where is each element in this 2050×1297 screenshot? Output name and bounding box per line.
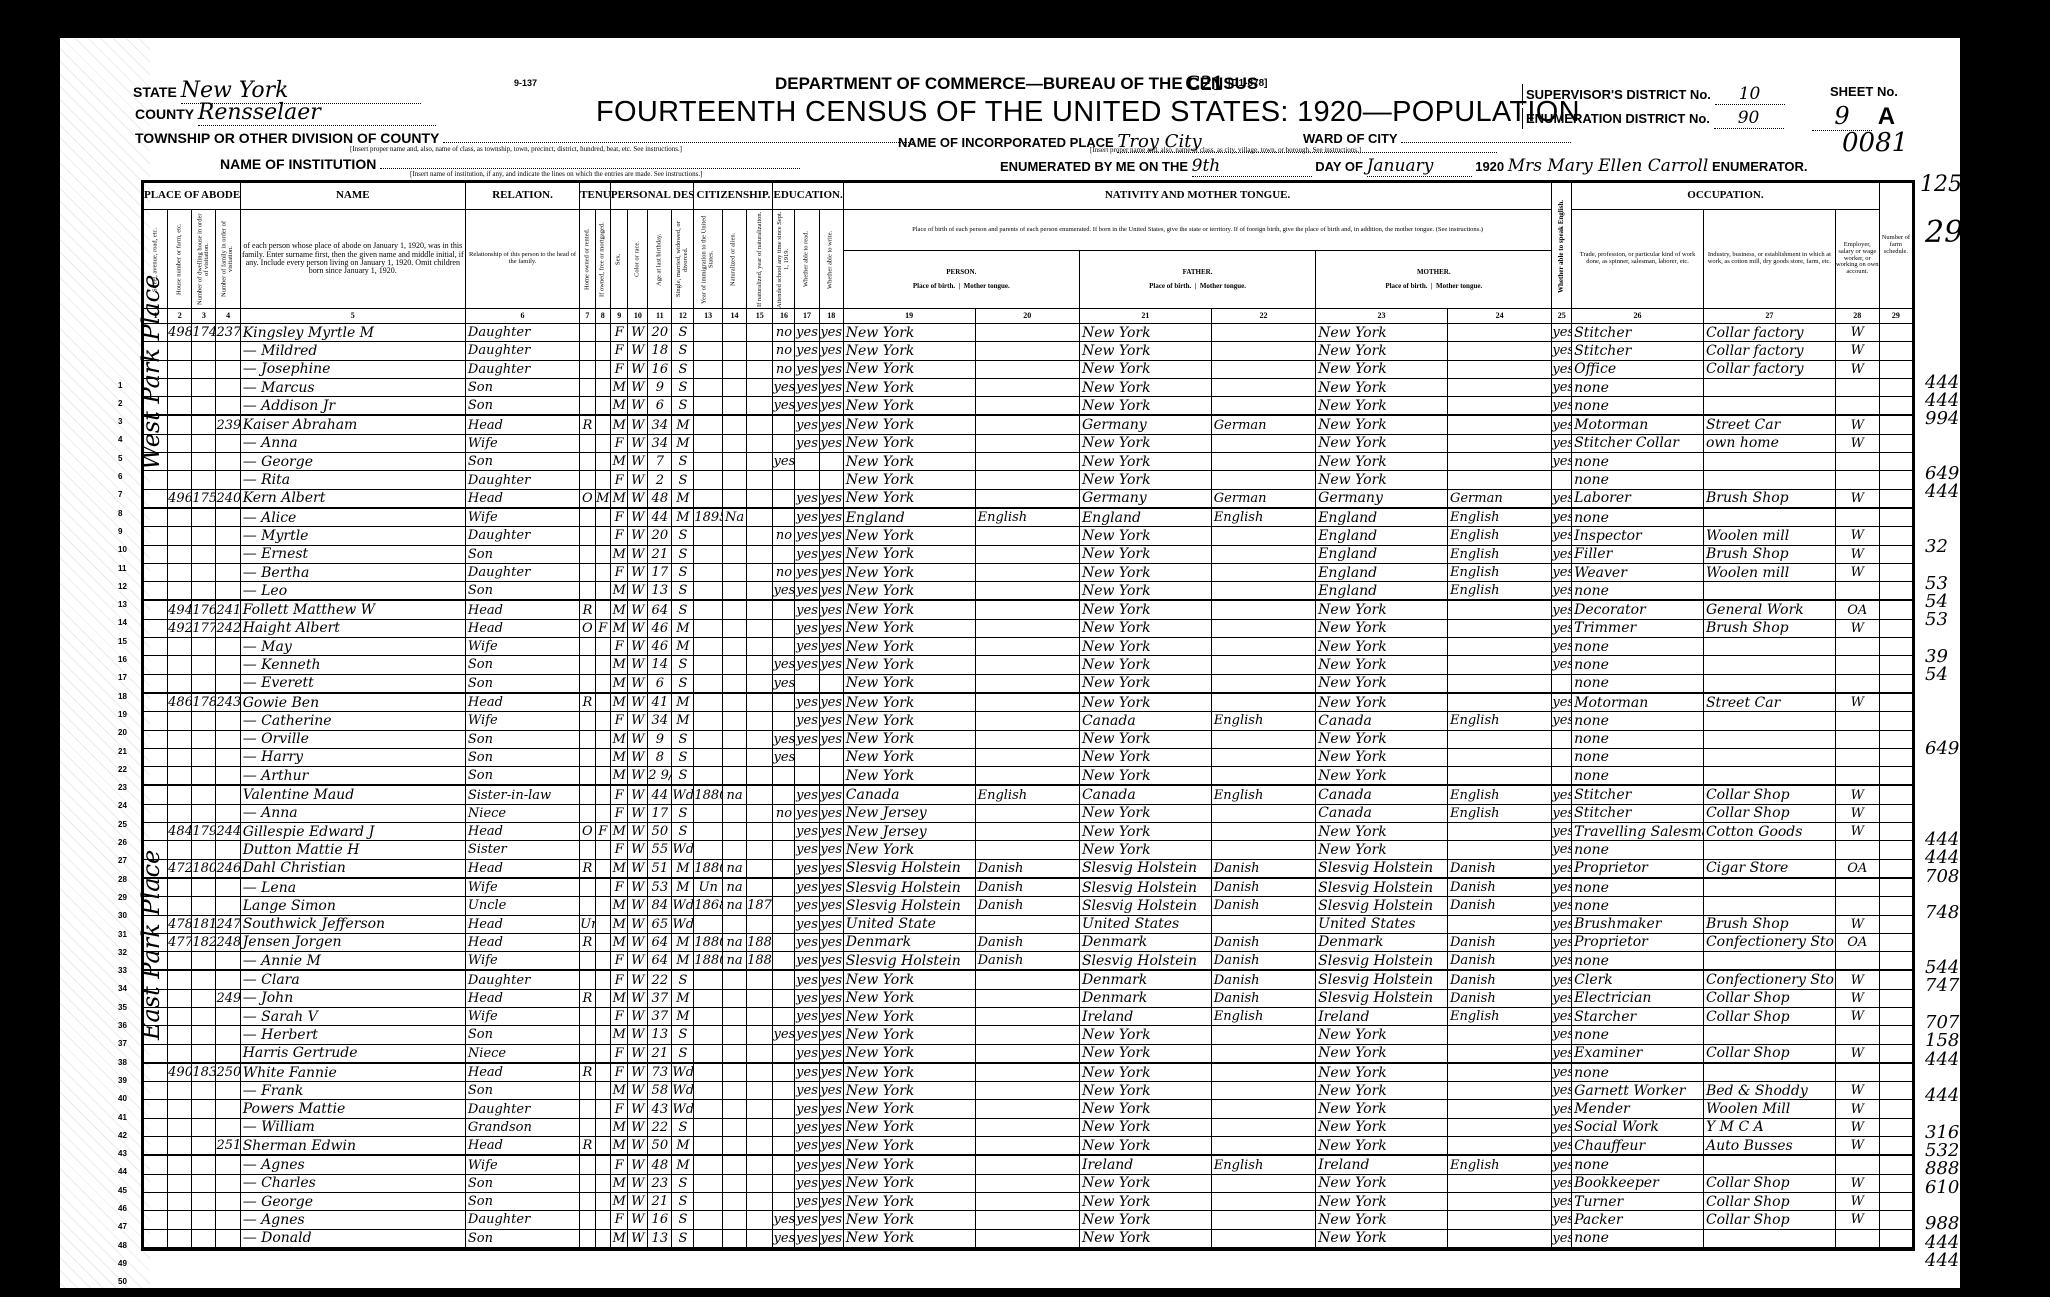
cell-write: yes [819,730,843,748]
cell-age: 13 [648,1229,672,1248]
cell-imm [694,1155,723,1174]
cell-eng: yes [1552,582,1572,601]
cell-imm [694,1192,723,1210]
cell-school: no [773,324,795,342]
cell-family: 242 [216,619,240,637]
cell-nat [722,841,746,859]
cell-read: yes [795,878,819,897]
occupation-code: 444 [1925,1049,1959,1070]
cell-sex: M [610,859,628,878]
cell-read: yes [795,1026,819,1044]
cell-natyr [747,1118,773,1136]
cell-mpob: England [1316,545,1448,563]
cell-relation: Head [465,915,579,933]
cell-imm [694,600,723,619]
cell-school [773,600,795,619]
cell-mort [595,434,610,452]
cell-fmt: Danish [1211,952,1315,971]
cell-mpob: New York [1316,1174,1448,1192]
cell-pob: New York [843,1007,975,1025]
cell-fmt [1211,767,1315,786]
cell-marital: M [672,933,694,951]
cell-class: W [1835,1174,1879,1192]
cell-mmt [1447,1100,1551,1118]
cell-family [216,378,240,396]
cell-age: 65 [648,915,672,933]
line-number: 14 [118,618,127,627]
cell-class: OA [1835,933,1879,951]
cell-marital: M [672,693,694,712]
cell-nat [722,1137,746,1156]
line-number: 25 [118,820,127,829]
line-number: 28 [118,875,127,884]
cell-sex: M [610,1192,628,1210]
cell-sex: M [610,823,628,841]
enumeration-label: ENUMERATION DISTRICT No. [1526,111,1710,126]
cell-marital: M [672,859,694,878]
cell-sex: F [610,563,628,581]
cell-eng: yes [1552,619,1572,637]
cell-mpob: New York [1316,1082,1448,1100]
cell-relation: Head [465,989,579,1007]
cell-street [144,674,168,693]
cell-nat [722,1192,746,1210]
cell-mmt [1447,1192,1551,1210]
cell-race: W [628,1118,648,1136]
column-number: 10 [628,309,648,324]
cell-mort [595,1100,610,1118]
cell-dwelling [192,397,216,416]
cell-sex: F [610,527,628,545]
sheet-stamp: C21 [1185,70,1223,96]
cell-fpob: Slesvig Holstein [1079,859,1211,878]
cell-street [144,804,168,822]
table-row: — OrvilleSonMW9SyesyesyesNew YorkNew Yor… [144,730,1913,748]
occupation-code: 708 [1925,866,1959,887]
cell-pob: New York [843,1192,975,1210]
cell-school [773,859,795,878]
cell-own [580,1211,595,1229]
cell-pob: New York [843,434,975,452]
cell-mmt [1447,342,1551,360]
cell-mmt [1447,730,1551,748]
line-number: 39 [118,1076,127,1085]
cell-write [819,767,843,786]
cell-industry [1703,656,1835,674]
township-note: [Insert proper name and, also, name of c… [350,145,682,153]
cell-mort [595,378,610,396]
form-number: 9-137 [514,78,537,88]
cell-name: — Agnes [240,1155,465,1174]
cell-mpob: New York [1316,823,1448,841]
cell-name: — Arthur [240,767,465,786]
cell-farm [1879,712,1912,730]
cell-name: Sherman Edwin [240,1137,465,1156]
cell-house [168,1174,192,1192]
cell-family [216,1044,240,1063]
cell-dwelling: 182 [192,933,216,951]
cell-mmt [1447,600,1551,619]
line-number: 19 [118,710,127,719]
cell-trade: Social Work [1572,1118,1704,1136]
cell-relation: Head [465,600,579,619]
cell-family: 240 [216,489,240,508]
cell-fmt [1211,619,1315,637]
cell-write: yes [819,1063,843,1082]
cell-write: yes [819,859,843,878]
cell-mpob: Canada [1316,785,1448,804]
cell-imm [694,1063,723,1082]
cell-race: W [628,600,648,619]
cell-write: yes [819,415,843,434]
col-naturalized: Naturalized or alien. [722,210,746,309]
cell-street [144,1174,168,1192]
table-row: — AnnaWifeFW34MyesyesNew YorkNew YorkNew… [144,434,1913,452]
cell-age: 8 [648,748,672,766]
cell-write: yes [819,619,843,637]
col-attended-school: Attended school any time since Sept. 1, … [773,210,795,309]
cell-dwelling [192,527,216,545]
cell-school [773,638,795,656]
cell-own [580,582,595,601]
cell-mpob: New York [1316,1026,1448,1044]
sheet-no: 9 [1812,102,1872,131]
cell-farm [1879,489,1912,508]
cell-mpob: Denmark [1316,933,1448,951]
cell-mt [975,1026,1079,1044]
cell-farm [1879,324,1912,342]
cell-pob: New York [843,1044,975,1063]
cell-house [168,1137,192,1156]
cell-street [144,545,168,563]
cell-natyr [747,859,773,878]
cell-own [580,508,595,527]
cell-natyr [747,582,773,601]
cell-sex: F [610,1007,628,1025]
cell-mort [595,600,610,619]
cell-imm [694,1026,723,1044]
col-name-desc: of each person whose place of abode on J… [240,210,465,309]
cell-school [773,989,795,1007]
cell-industry: Auto Busses [1703,1137,1835,1156]
cell-race: W [628,952,648,971]
cell-race: W [628,1044,648,1063]
cell-nat [722,619,746,637]
cell-farm [1879,933,1912,951]
cell-write: yes [819,823,843,841]
cell-imm [694,527,723,545]
cell-relation: Daughter [465,970,579,989]
cell-mt [975,397,1079,416]
cell-nat [722,656,746,674]
cell-relation: Son [465,674,579,693]
cell-street [144,638,168,656]
cell-industry [1703,471,1835,489]
cell-fpob: Denmark [1079,933,1211,951]
cell-marital: S [672,397,694,416]
cell-natyr [747,397,773,416]
cell-pob: New York [843,712,975,730]
cell-street [144,1063,168,1082]
cell-family [216,1155,240,1174]
cell-nat [722,693,746,712]
cell-natyr [747,1026,773,1044]
cell-trade: Stitcher Collar [1572,434,1704,452]
cell-mort [595,748,610,766]
cell-write: yes [819,1211,843,1229]
cell-street [144,1007,168,1025]
cell-family: 243 [216,693,240,712]
cell-read [795,453,819,471]
column-number: 7 [580,309,595,324]
cell-class [1835,471,1879,489]
cell-street [144,656,168,674]
cell-mmt [1447,360,1551,378]
cell-write [819,453,843,471]
cell-mt [975,360,1079,378]
margin-note-0081: 0081 [1842,128,1908,158]
cell-fpob: Ireland [1079,1155,1211,1174]
cell-dwelling [192,471,216,489]
cell-trade: Stitcher [1572,804,1704,822]
cell-house: 496 [168,489,192,508]
cell-industry: Woolen Mill [1703,1100,1835,1118]
cell-mpob: New York [1316,324,1448,342]
enumerated-day: 9th [1192,156,1312,177]
cell-industry [1703,748,1835,766]
cell-age: 64 [648,933,672,951]
cell-marital: S [672,730,694,748]
cell-nat: na [722,878,746,897]
cell-mt [975,527,1079,545]
cell-natyr [747,693,773,712]
cell-imm: 1895 [694,508,723,527]
line-number: 7 [118,490,122,499]
cell-mt: Danish [975,859,1079,878]
cell-farm [1879,970,1912,989]
cell-age: 41 [648,693,672,712]
table-row: — ArthurSonMW2 9/12SNew YorkNew YorkNew … [144,767,1913,786]
cell-pob: New York [843,748,975,766]
cell-imm [694,453,723,471]
cell-trade: none [1572,471,1704,489]
cell-house: 484 [168,823,192,841]
cell-family [216,545,240,563]
cell-dwelling [192,785,216,804]
cell-eng: yes [1552,1082,1572,1100]
cell-imm [694,1137,723,1156]
cell-mmt [1447,619,1551,637]
cell-trade: Laborer [1572,489,1704,508]
cell-fpob: New York [1079,1211,1211,1229]
table-row: — LeoSonMW13SyesyesyesNew YorkNew YorkEn… [144,582,1913,601]
cell-family: 251 [216,1137,240,1156]
cell-industry [1703,378,1835,396]
cell-name: — Everett [240,674,465,693]
table-row: 251Sherman EdwinHeadRMW50MyesyesNew York… [144,1137,1913,1156]
cell-imm: 1880 [694,933,723,951]
cell-mt [975,1100,1079,1118]
line-number: 22 [118,765,127,774]
column-number: 28 [1835,309,1879,324]
cell-mort [595,324,610,342]
cell-pob: New York [843,1211,975,1229]
cell-mpob: New York [1316,693,1448,712]
cell-house [168,841,192,859]
cell-class [1835,582,1879,601]
table-row: — WilliamGrandsonMW22SyesyesNew YorkNew … [144,1118,1913,1136]
day-of-label: DAY OF [1315,159,1363,174]
cell-class: OA [1835,600,1879,619]
cell-mpob: New York [1316,453,1448,471]
township-value [443,142,913,143]
cell-mmt: Danish [1447,989,1551,1007]
col-naturalization-year: If naturalized, year of naturalization. [747,210,773,309]
cell-nat [722,1100,746,1118]
cell-write: yes [819,712,843,730]
cell-marital: S [672,1192,694,1210]
cell-mt [975,489,1079,508]
cell-mort [595,545,610,563]
cell-fpob: Denmark [1079,970,1211,989]
cell-farm [1879,952,1912,971]
cell-write: yes [819,1026,843,1044]
cell-school [773,693,795,712]
cell-name: White Fannie [240,1063,465,1082]
cell-age: 46 [648,638,672,656]
cell-write: yes [819,342,843,360]
table-row: — MyrtleDaughterFW20SnoyesyesNew YorkNew… [144,527,1913,545]
cell-relation: Daughter [465,471,579,489]
cell-race: W [628,378,648,396]
cell-house [168,767,192,786]
cell-sex: M [610,1082,628,1100]
cell-farm [1879,1007,1912,1025]
cell-name: — George [240,453,465,471]
cell-relation: Daughter [465,527,579,545]
cell-class: W [1835,489,1879,508]
cell-age: 14 [648,656,672,674]
cell-fmt [1211,434,1315,452]
cell-school [773,489,795,508]
cell-farm [1879,804,1912,822]
cell-mpob: New York [1316,1137,1448,1156]
cell-dwelling [192,453,216,471]
cell-fmt [1211,545,1315,563]
cell-fpob: New York [1079,1082,1211,1100]
cell-fmt [1211,1026,1315,1044]
line-number: 48 [118,1241,127,1250]
cell-fpob: New York [1079,1137,1211,1156]
cell-mmt [1447,1118,1551,1136]
person-label: PERSON. [946,268,976,276]
cell-mort: F [595,619,610,637]
cell-relation: Daughter [465,563,579,581]
cell-read: yes [795,378,819,396]
cell-school [773,1174,795,1192]
cell-class: W [1835,1192,1879,1210]
cell-industry [1703,453,1835,471]
cell-age: 51 [648,859,672,878]
cell-own [580,785,595,804]
cell-industry [1703,582,1835,601]
cell-pob: New York [843,1082,975,1100]
cell-relation: Son [465,1192,579,1210]
cell-mort [595,1082,610,1100]
col-dwelling-number: Number of dwelling house in order of vis… [192,210,216,309]
cell-natyr: 1886 [747,933,773,951]
cell-farm [1879,563,1912,581]
cell-natyr [747,1100,773,1118]
cell-age: 23 [648,1174,672,1192]
cell-fmt: English [1211,712,1315,730]
cell-mt [975,638,1079,656]
cell-fmt [1211,582,1315,601]
cell-school [773,785,795,804]
table-row: — RitaDaughterFW2SNew YorkNew YorkNew Yo… [144,471,1913,489]
cell-imm: 1880 [694,952,723,971]
cell-mmt: English [1447,563,1551,581]
table-row: 486178243Gowie BenHeadRMW41MyesyesNew Yo… [144,693,1913,712]
cell-relation: Niece [465,1044,579,1063]
cell-mt [975,453,1079,471]
census-rows: 498174237Kingsley Myrtle MDaughterFW20Sn… [144,324,1913,1248]
incorporated-note: [Insert proper name and, also, name of c… [1090,146,1361,154]
cell-street [144,1118,168,1136]
cell-mort [595,1174,610,1192]
cell-farm [1879,915,1912,933]
cell-mpob: New York [1316,434,1448,452]
cell-eng: yes [1552,897,1572,915]
cell-mort [595,1118,610,1136]
cell-fmt: Danish [1211,897,1315,915]
cell-mort [595,415,610,434]
cell-natyr [747,1155,773,1174]
cell-pob: New York [843,1137,975,1156]
cell-fmt [1211,1137,1315,1156]
cell-race: W [628,656,648,674]
cell-age: 21 [648,545,672,563]
cell-dwelling [192,841,216,859]
cell-street [144,915,168,933]
group-name: NAME [240,183,465,210]
line-number: 16 [118,655,127,664]
cell-street [144,989,168,1007]
cell-family [216,897,240,915]
cell-imm [694,397,723,416]
cell-fpob: New York [1079,471,1211,489]
cell-name: Powers Mattie [240,1100,465,1118]
cell-house: 492 [168,619,192,637]
cell-age: 9 [648,730,672,748]
cell-natyr [747,915,773,933]
cell-family [216,656,240,674]
cell-own [580,527,595,545]
cell-eng: yes [1552,1026,1572,1044]
census-table: PLACE OF ABODE. NAME RELATION. TENURE. P… [141,180,1915,1251]
cell-farm [1879,656,1912,674]
cell-farm [1879,989,1912,1007]
table-row: Valentine MaudSister-in-lawFW44Wd1880nay… [144,785,1913,804]
cell-house [168,1229,192,1248]
cell-farm [1879,1026,1912,1044]
cell-mmt: English [1447,712,1551,730]
cell-house [168,563,192,581]
cell-mpob: United States [1316,915,1448,933]
cell-write: yes [819,1155,843,1174]
cell-mmt: English [1447,545,1551,563]
cell-trade: Stitcher [1572,785,1704,804]
